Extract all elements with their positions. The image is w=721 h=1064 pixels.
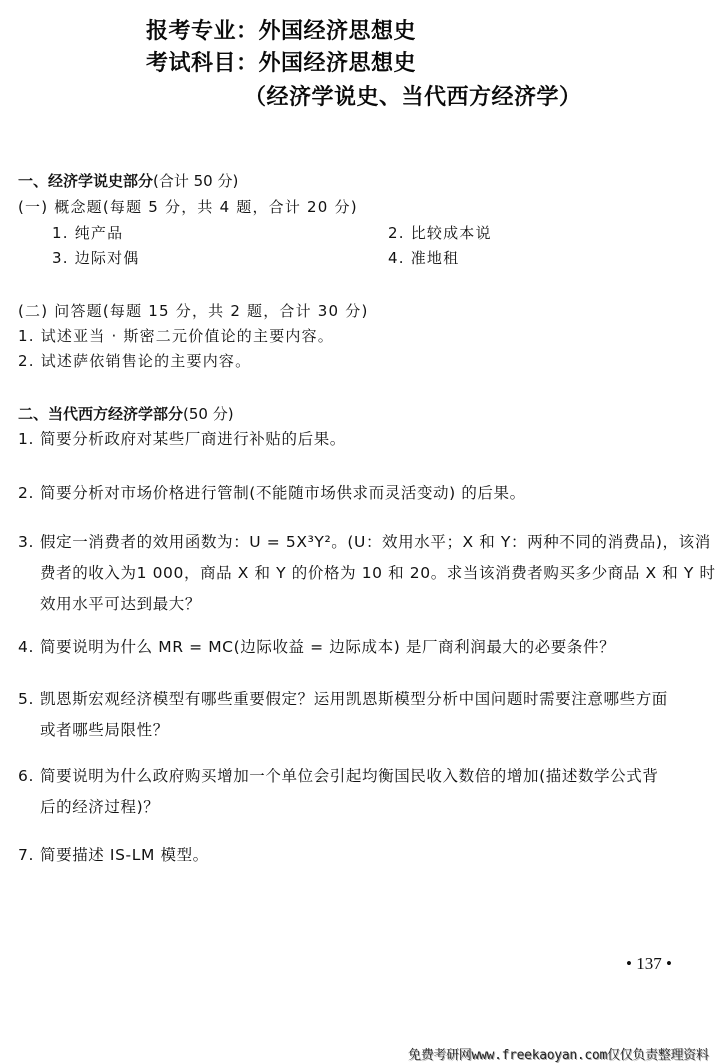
question-4: 4.简要说明为什么 MR = MC(边际收益 = 边际成本) 是厂商利润最大的必… [18, 632, 615, 663]
question-1: 1.简要分析政府对某些厂商进行补贴的后果。 [18, 424, 346, 455]
concept-item-2: 2. 比较成本说 [388, 222, 492, 243]
question-6: 6.简要说明为什么政府购买增加一个单位会引起均衡国民收入数倍的增加(描述数学公式… [18, 761, 658, 823]
question-number: 6. [18, 761, 40, 792]
item-text: 试述萨依销售论的主要内容。 [41, 352, 252, 370]
question-number: 1. [18, 424, 40, 455]
concept-item-3: 3. 边际对偶 [52, 247, 140, 268]
part2-title: 二、当代西方经济学部分(50 分) [18, 403, 234, 424]
question-text-line-1: 假定一消费者的效用函数为：U = 5X³Y²。(U：效用水平；X 和 Y：两种不… [40, 533, 711, 551]
essay-item-2: 2. 试述萨依销售论的主要内容。 [18, 350, 251, 371]
question-text-line-1: 简要说明为什么政府购买增加一个单位会引起均衡国民收入数倍的增加(描述数学公式背 [40, 767, 658, 785]
part1-title-text: 一、经济学说史部分 [18, 172, 153, 190]
part2-title-note: (50 分) [183, 405, 234, 423]
question-text: 简要分析对市场价格进行管制(不能随市场供求而灵活变动) 的后果。 [40, 484, 526, 502]
question-number: 2. [18, 478, 40, 509]
exam-subject-heading: 考试科目：外国经济思想史 [146, 46, 416, 77]
question-2: 2.简要分析对市场价格进行管制(不能随市场供求而灵活变动) 的后果。 [18, 478, 526, 509]
question-number: 4. [18, 632, 40, 663]
question-text-line-2: 费者的收入为1 000，商品 X 和 Y 的价格为 10 和 20。求当该消费者… [18, 558, 716, 589]
part1-sub2-title: (二) 问答题(每题 15 分，共 2 题，合计 30 分) [18, 300, 369, 321]
item-number: 2. [388, 224, 405, 242]
item-text: 比较成本说 [411, 224, 492, 242]
question-number: 5. [18, 684, 40, 715]
item-text: 纯产品 [75, 224, 124, 242]
part1-title-note: (合计 50 分) [153, 172, 238, 190]
page-number: • 137 • [626, 954, 672, 974]
question-3: 3.假定一消费者的效用函数为：U = 5X³Y²。(U：效用水平；X 和 Y：两… [18, 527, 716, 620]
question-text: 简要分析政府对某些厂商进行补贴的后果。 [40, 430, 346, 448]
question-5: 5.凯恩斯宏观经济模型有哪些重要假定？运用凯恩斯模型分析中国问题时需要注意哪些方… [18, 684, 668, 746]
item-number: 1. [52, 224, 69, 242]
essay-item-1: 1. 试述亚当 · 斯密二元价值论的主要内容。 [18, 325, 334, 346]
exam-subject-subheading: （经济学说史、当代西方经济学） [244, 80, 582, 111]
exam-major-heading: 报考专业：外国经济思想史 [146, 14, 416, 45]
question-text-line-1: 凯恩斯宏观经济模型有哪些重要假定？运用凯恩斯模型分析中国问题时需要注意哪些方面 [40, 690, 668, 708]
question-text-line-3: 效用水平可达到最大？ [18, 589, 716, 620]
concept-item-1: 1. 纯产品 [52, 222, 123, 243]
item-text: 边际对偶 [75, 249, 140, 267]
item-number: 1. [18, 327, 35, 345]
concept-item-4: 4. 准地租 [388, 247, 459, 268]
item-number: 4. [388, 249, 405, 267]
item-number: 3. [52, 249, 69, 267]
question-text: 简要说明为什么 MR = MC(边际收益 = 边际成本) 是厂商利润最大的必要条… [40, 638, 615, 656]
part1-sub1-title: (一) 概念题(每题 5 分，共 4 题，合计 20 分) [18, 196, 358, 217]
question-number: 3. [18, 527, 40, 558]
question-number: 7. [18, 840, 40, 871]
item-text: 试述亚当 · 斯密二元价值论的主要内容。 [41, 327, 334, 345]
part2-title-text: 二、当代西方经济学部分 [18, 405, 183, 423]
item-text: 准地租 [411, 249, 460, 267]
question-text-line-2: 后的经济过程)？ [18, 792, 658, 823]
footer-watermark: 免费考研网www.freekaoyan.com仅仅负责整理资料 [408, 1044, 709, 1063]
question-text-line-2: 或者哪些局限性？ [18, 715, 668, 746]
question-7: 7.简要描述 IS-LM 模型。 [18, 840, 209, 871]
item-number: 2. [18, 352, 35, 370]
question-text: 简要描述 IS-LM 模型。 [40, 846, 209, 864]
part1-title: 一、经济学说史部分(合计 50 分) [18, 170, 238, 191]
